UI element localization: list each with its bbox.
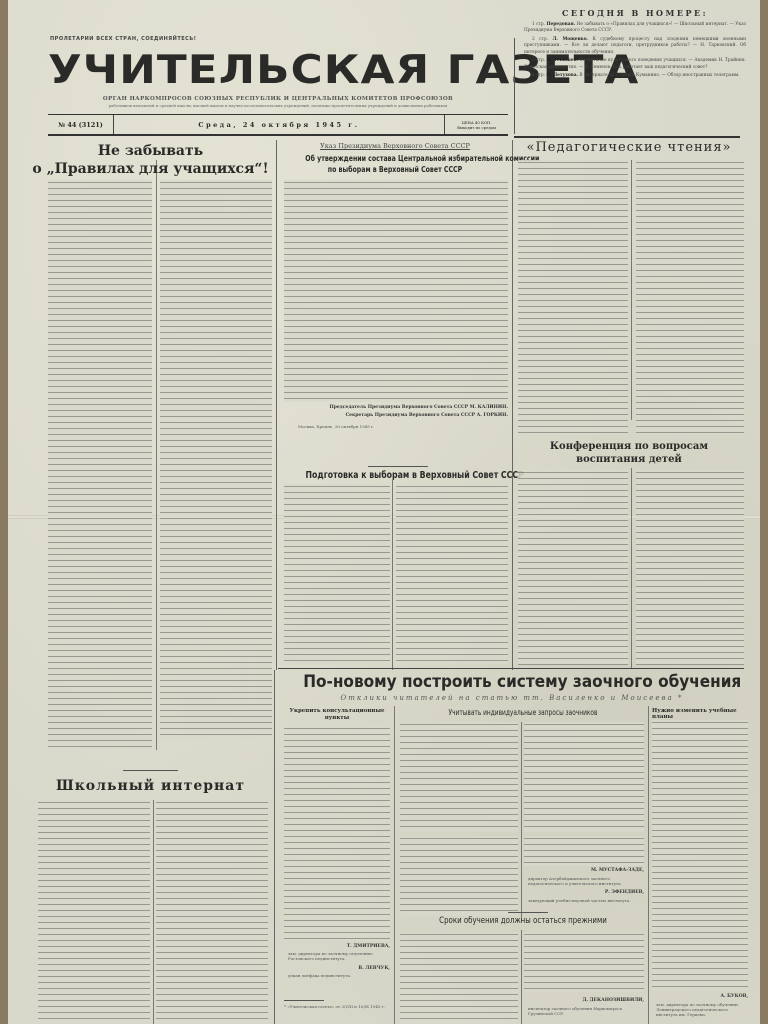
elections-text	[396, 484, 508, 664]
conference-text	[518, 470, 628, 665]
section-signature-role: декан литфака пединститута.	[288, 973, 388, 978]
decree-kicker: Указ Президиума Верховного Совета СССР	[280, 142, 510, 150]
section-title: Сроки обучения должны остаться прежними	[398, 916, 648, 926]
today-rule	[514, 136, 740, 138]
readings-text	[636, 160, 744, 435]
section-signature: Д. ДЕКАНОЗИШВИЛИ,	[524, 998, 644, 1003]
section-signature-role: директор Азербайджанского заочного педаг…	[528, 876, 644, 886]
masthead-title: УЧИТЕЛЬСКАЯ ГАЗЕТА	[48, 48, 552, 94]
today-in-issue: СЕГОДНЯ В НОМЕРЕ: 1 стр. Передовая. Не з…	[524, 10, 746, 82]
column-rule	[274, 670, 275, 1024]
section-text	[400, 722, 518, 832]
section-signature-role: зам. директора по заочному отделению Рос…	[288, 951, 388, 961]
divider	[123, 770, 178, 771]
section-signature: М. МУСТАФА-ЗАДЕ,	[524, 868, 644, 873]
today-heading: СЕГОДНЯ В НОМЕРЕ:	[524, 10, 746, 17]
divider	[368, 466, 428, 467]
correspondence-subtitle: Отклики читателей на статью тт. Василенк…	[280, 694, 744, 702]
elections-title: Подготовка к выборам в Верховный Совет С…	[280, 470, 512, 481]
column-rule	[521, 722, 522, 922]
decree-signature: Секретарь Президиума Верховного Совета С…	[284, 413, 508, 418]
section-signature: В. ЛЕВЧУК,	[284, 966, 390, 971]
section-text	[652, 720, 748, 990]
today-item: 2 стр. Л. Мощенко. К судебному процессу …	[524, 37, 746, 57]
section-signature: А. БУКОВ,	[652, 994, 748, 999]
issue-date: Среда, 24 октября 1945 г.	[114, 121, 444, 129]
internat-text	[156, 800, 268, 1024]
section-text	[400, 836, 518, 916]
column-rule	[153, 800, 154, 1024]
section-signature: Р. ЭФЕНДИЕВ,	[524, 890, 644, 895]
readings-title: «Педагогические чтения»	[516, 140, 742, 155]
masthead-organ: ОРГАН НАРКОМПРОСОВ СОЮЗНЫХ РЕСПУБЛИК И Ц…	[48, 96, 508, 102]
section-text	[524, 932, 644, 992]
column-rule	[648, 706, 649, 1024]
section-title: Укрепить консультационные пункты	[282, 708, 392, 722]
section-title: Учитывать индивидуальные запросы заочник…	[398, 708, 648, 717]
decree-signature: Председатель Президиума Верховного Совет…	[284, 405, 508, 410]
newspaper-page: ПРОЛЕТАРИИ ВСЕХ СТРАН, СОЕДИНЯЙТЕСЬ! УЧИ…	[8, 0, 760, 1024]
internat-text	[38, 800, 150, 1024]
issue-number: № 44 (3121)	[48, 115, 114, 134]
column-rule	[276, 140, 277, 670]
today-item: 1 стр. Передовая. Не забывать о «Правила…	[524, 22, 746, 35]
column-rule	[512, 140, 513, 670]
lead-article-title: Не забывать о „Правилах для учащихся“!	[28, 142, 273, 178]
section-text	[524, 722, 644, 832]
conference-title: Конференция по вопросам воспитания детей	[516, 440, 742, 466]
lead-article-text	[160, 180, 272, 740]
today-item: 4 стр. О. Петухова. В интернате на станц…	[524, 73, 746, 80]
section-text	[400, 932, 518, 1024]
section-rule	[278, 668, 744, 669]
lead-article-text	[48, 180, 152, 750]
conference-text	[636, 470, 744, 665]
price-box: ЦЕНА 40 КОП. Выходит по средам	[444, 115, 508, 134]
decree-title: Об утверждении состава Центральной избир…	[280, 153, 510, 175]
decree-place-date: Москва, Кремль. 20 октября 1945 г.	[298, 424, 498, 429]
column-rule	[631, 160, 632, 420]
price-sub: Выходит по средам	[457, 125, 496, 130]
column-rule	[631, 468, 632, 668]
column-rule	[394, 706, 395, 1024]
column-rule	[392, 480, 393, 670]
section-title: Нужно изменить учебные планы	[652, 708, 748, 720]
readings-text	[518, 160, 628, 435]
section-text	[284, 726, 390, 941]
section-signature-role: инспектор заочного обучения Наркомпроса …	[528, 1006, 644, 1016]
footnote-rule	[284, 1000, 324, 1001]
footnote: * «Учительская газета» от 3/VIII и 10/IX…	[284, 1004, 390, 1009]
section-signature-role: зам. директора по заочному обучению Лени…	[656, 1002, 748, 1017]
column-rule	[156, 160, 157, 750]
correspondence-title: По-новому построить систему заочного обу…	[280, 672, 744, 692]
masthead-slogan: ПРОЛЕТАРИИ ВСЕХ СТРАН, СОЕДИНЯЙТЕСЬ!	[50, 36, 196, 42]
column-rule	[521, 930, 522, 1024]
section-text	[524, 836, 644, 866]
divider	[508, 912, 548, 913]
internat-title: Школьный интернат	[28, 778, 273, 794]
section-signature: Т. ДМИТРИЕВА,	[284, 944, 390, 949]
today-item: 3 стр. Н. Тенишев. Воспитание культурног…	[524, 58, 746, 71]
dateline-bar: № 44 (3121) Среда, 24 октября 1945 г. ЦЕ…	[48, 114, 508, 136]
masthead-organ-sub: работников начальной и средней школы, вы…	[48, 103, 508, 108]
section-signature-role: заведующий учебно-научной частью институ…	[528, 898, 644, 903]
decree-text	[284, 180, 508, 402]
elections-text	[284, 484, 390, 664]
masthead-divider	[514, 38, 515, 134]
